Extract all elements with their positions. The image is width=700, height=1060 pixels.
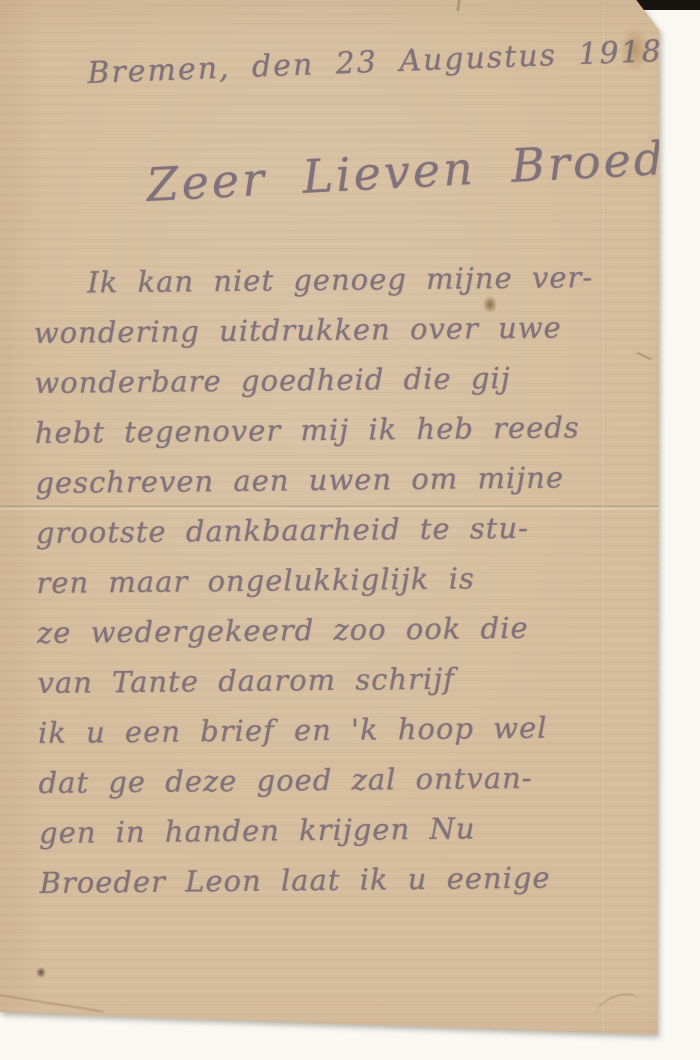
paper-shadow-wrap: Bremen, den 23 Augustus 1918 Zeer Lieven… xyxy=(0,0,700,1060)
handwritten-line: gen in handen krijgen Nu xyxy=(39,801,669,858)
handwritten-line: wonderbare goedheid die gij xyxy=(34,351,664,408)
handwritten-line: ze wedergekeerd zoo ook die xyxy=(37,601,667,658)
handwritten-line: hebt tegenover mij ik heb reeds xyxy=(35,401,665,458)
letter-dateline: Bremen, den 23 Augustus 1918 xyxy=(87,34,664,91)
handwritten-line: geschreven aen uwen om mijne xyxy=(35,451,665,508)
handwritten-line: Broeder Leon laat ik u eenige xyxy=(39,851,669,908)
letter-salutation: Zeer Lieven Broeder xyxy=(145,128,700,212)
crease-bottom-right xyxy=(592,990,643,1028)
handwritten-line: ik u een brief en 'k hoop wel xyxy=(38,701,668,758)
letter-body: Ik kan niet genoeg mijne ver-wondering u… xyxy=(33,251,670,908)
handwritten-line: Ik kan niet genoeg mijne ver- xyxy=(33,251,663,308)
crease-bottom-left xyxy=(0,993,103,1012)
handwritten-line: grootste dankbaarheid te stu- xyxy=(36,501,666,558)
handwritten-line: ren maar ongelukkiglijk is xyxy=(36,551,666,608)
scanned-letter: Bremen, den 23 Augustus 1918 Zeer Lieven… xyxy=(0,0,700,1060)
handwritten-line: van Tante daarom schrijf xyxy=(37,651,667,708)
speck-bottom-left xyxy=(36,967,46,978)
speck-top-center xyxy=(456,0,460,11)
letter-paper: Bremen, den 23 Augustus 1918 Zeer Lieven… xyxy=(0,0,700,1060)
handwritten-line: wondering uitdrukken over uwe xyxy=(34,301,664,358)
handwritten-line: dat ge deze goed zal ontvan- xyxy=(38,751,668,808)
